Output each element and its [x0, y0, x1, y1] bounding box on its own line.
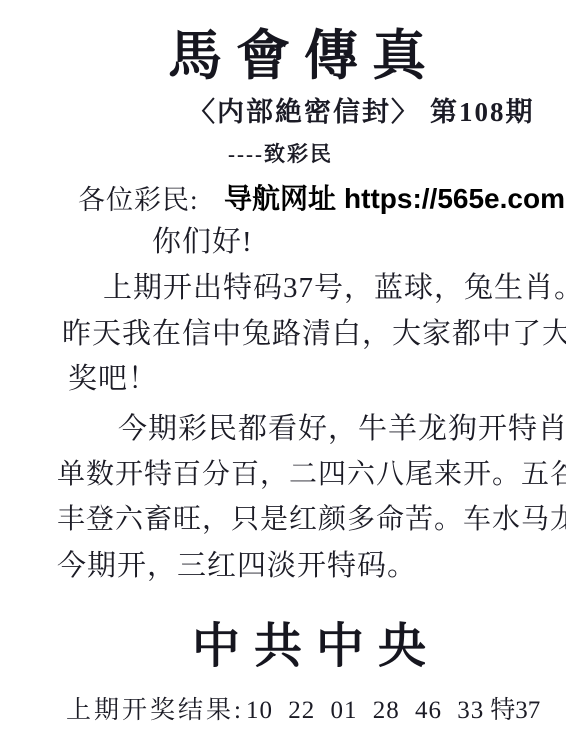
paragraph2-line4: 今期开，三红四淡开特码。 [57, 549, 417, 584]
results-special-number: 特37 [490, 697, 540, 724]
envelope-label: 〈内部絶密信封〉 [188, 97, 420, 127]
results-label: 上期开奖结果: [66, 697, 244, 724]
issue-line: 〈内部絶密信封〉第108期 [188, 96, 535, 128]
dedication-line: ----致彩民 [228, 142, 333, 167]
issue-number: 第108期 [430, 97, 535, 127]
salutation: 各位彩民: [78, 184, 199, 216]
previous-draw-results: 上期开奖结果:10 22 01 28 46 33特37 [66, 696, 540, 726]
page-title: 馬會傳真 [168, 24, 440, 89]
nav-ad-label: 导航网址 [224, 183, 336, 214]
nav-ad-banner: 导航网址https://565e.com [224, 182, 565, 216]
paragraph1-line2: 昨天我在信中兔路清白，大家都中了大 [62, 317, 566, 352]
signature: 中共中央 [192, 618, 440, 676]
paragraph1-line1: 上期开出特码37号，蓝球，兔生肖。 [103, 271, 566, 306]
paragraph1-line3: 奖吧！ [68, 362, 158, 397]
paragraph2-line2: 单数开特百分百，二四六八尾来开。五谷 [57, 458, 566, 492]
paragraph2-line1: 今期彩民都看好，牛羊龙狗开特肖。 [118, 412, 566, 447]
nav-ad-url: https://565e.com [344, 183, 565, 214]
fax-letter-page: 馬會傳真 〈内部絶密信封〉第108期 ----致彩民 各位彩民: 导航网址htt… [0, 0, 566, 739]
results-numbers: 10 22 01 28 46 33 [246, 697, 484, 724]
paragraph2-line3: 丰登六畜旺，只是红颜多命苦。车水马龙 [57, 503, 566, 537]
greeting: 你们好! [152, 225, 253, 260]
